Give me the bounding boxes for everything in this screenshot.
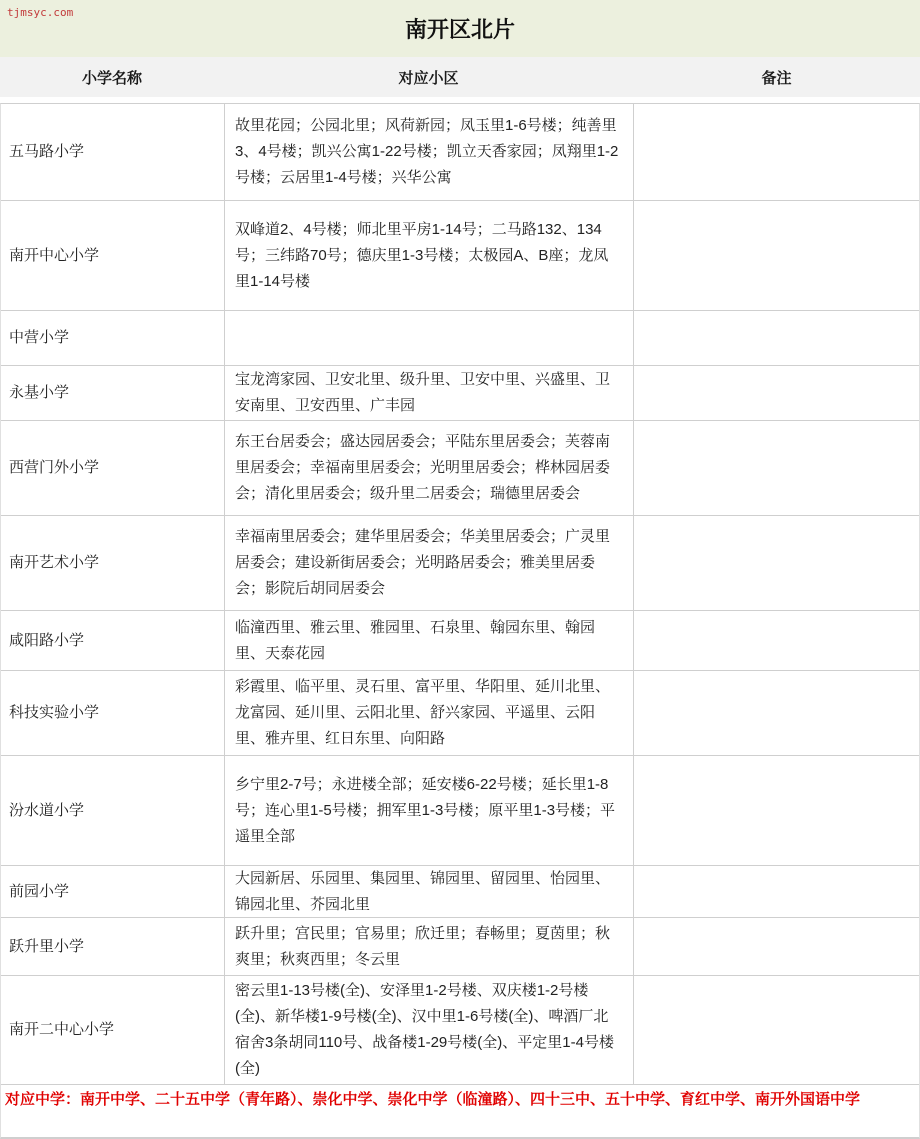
communities-cell: 跃升里；宫民里；官易里；欣迁里；春畅里；夏茵里；秋爽里；秋爽西里；冬云里 (225, 918, 634, 975)
note-cell (634, 366, 919, 420)
table-row: 南开二中心小学 密云里1-13号楼(全)、安泽里1-2号楼、双庆楼1-2号楼(全… (1, 976, 919, 1085)
table-row: 西营门外小学 东王台居委会；盛达园居委会；平陆东里居委会；芙蓉南里居委会；幸福南… (1, 421, 919, 516)
table-row: 五马路小学 故里花园；公园北里；风荷新园；凤玉里1-6号楼；纯善里3、4号楼；凯… (1, 104, 919, 201)
table-body: 五马路小学 故里花园；公园北里；风荷新园；凤玉里1-6号楼；纯善里3、4号楼；凯… (0, 103, 920, 1085)
table-row: 汾水道小学 乡宁里2-7号；永进楼全部；延安楼6-22号楼；延长里1-8号；连心… (1, 756, 919, 866)
communities-cell (225, 311, 634, 365)
communities-cell: 大园新居、乐园里、集园里、锦园里、留园里、怡园里、锦园北里、芥园北里 (225, 866, 634, 917)
table-row: 中营小学 (1, 311, 919, 366)
middle-schools-footer: 对应中学：南开中学、二十五中学（青年路）、崇化中学、崇化中学（临潼路）、四十三中… (0, 1085, 920, 1139)
school-name-cell: 南开艺术小学 (1, 516, 225, 610)
school-name-cell: 南开二中心小学 (1, 976, 225, 1084)
column-header-note: 备注 (633, 57, 920, 97)
school-name-cell: 中营小学 (1, 311, 225, 365)
school-name-cell: 科技实验小学 (1, 671, 225, 755)
note-cell (634, 104, 919, 200)
communities-cell: 东王台居委会；盛达园居委会；平陆东里居委会；芙蓉南里居委会；幸福南里居委会；光明… (225, 421, 634, 515)
table-header-row: 小学名称 对应小区 备注 (0, 57, 920, 97)
note-cell (634, 201, 919, 310)
note-cell (634, 976, 919, 1084)
note-cell (634, 421, 919, 515)
watermark: tjmsyc.com (7, 6, 73, 19)
communities-cell: 宝龙湾家园、卫安北里、级升里、卫安中里、兴盛里、卫安南里、卫安西里、广丰园 (225, 366, 634, 420)
school-name-cell: 汾水道小学 (1, 756, 225, 865)
note-cell (634, 918, 919, 975)
title-bar: 南开区北片 (0, 0, 920, 57)
communities-cell: 临潼西里、雅云里、雅园里、石泉里、翰园东里、翰园里、天泰花园 (225, 611, 634, 670)
table-row: 南开中心小学 双峰道2、4号楼；师北里平房1-14号；二马路132、134号；三… (1, 201, 919, 311)
school-name-cell: 咸阳路小学 (1, 611, 225, 670)
table-row: 科技实验小学 彩霞里、临平里、灵石里、富平里、华阳里、延川北里、龙富园、延川里、… (1, 671, 919, 756)
communities-cell: 彩霞里、临平里、灵石里、富平里、华阳里、延川北里、龙富园、延川里、云阳北里、舒兴… (225, 671, 634, 755)
note-cell (634, 671, 919, 755)
table-row: 咸阳路小学 临潼西里、雅云里、雅园里、石泉里、翰园东里、翰园里、天泰花园 (1, 611, 919, 671)
school-name-cell: 五马路小学 (1, 104, 225, 200)
page: tjmsyc.com 南开区北片 小学名称 对应小区 备注 五马路小学 故里花园… (0, 0, 920, 1139)
communities-cell: 双峰道2、4号楼；师北里平房1-14号；二马路132、134号；三纬路70号；德… (225, 201, 634, 310)
note-cell (634, 611, 919, 670)
communities-cell: 故里花园；公园北里；风荷新园；凤玉里1-6号楼；纯善里3、4号楼；凯兴公寓1-2… (225, 104, 634, 200)
communities-cell: 幸福南里居委会；建华里居委会；华美里居委会；广灵里居委会；建设新街居委会；光明路… (225, 516, 634, 610)
school-name-cell: 南开中心小学 (1, 201, 225, 310)
page-title: 南开区北片 (405, 13, 515, 44)
note-cell (634, 311, 919, 365)
school-name-cell: 西营门外小学 (1, 421, 225, 515)
school-name-cell: 跃升里小学 (1, 918, 225, 975)
table-row: 永基小学 宝龙湾家园、卫安北里、级升里、卫安中里、兴盛里、卫安南里、卫安西里、广… (1, 366, 919, 421)
column-header-school: 小学名称 (0, 57, 224, 97)
communities-cell: 乡宁里2-7号；永进楼全部；延安楼6-22号楼；延长里1-8号；连心里1-5号楼… (225, 756, 634, 865)
column-header-communities: 对应小区 (224, 57, 633, 97)
note-cell (634, 756, 919, 865)
communities-cell: 密云里1-13号楼(全)、安泽里1-2号楼、双庆楼1-2号楼(全)、新华楼1-9… (225, 976, 634, 1084)
note-cell (634, 516, 919, 610)
school-name-cell: 前园小学 (1, 866, 225, 917)
school-name-cell: 永基小学 (1, 366, 225, 420)
note-cell (634, 866, 919, 917)
table-row: 前园小学 大园新居、乐园里、集园里、锦园里、留园里、怡园里、锦园北里、芥园北里 (1, 866, 919, 918)
table-row: 南开艺术小学 幸福南里居委会；建华里居委会；华美里居委会；广灵里居委会；建设新街… (1, 516, 919, 611)
table-row: 跃升里小学 跃升里；宫民里；官易里；欣迁里；春畅里；夏茵里；秋爽里；秋爽西里；冬… (1, 918, 919, 976)
